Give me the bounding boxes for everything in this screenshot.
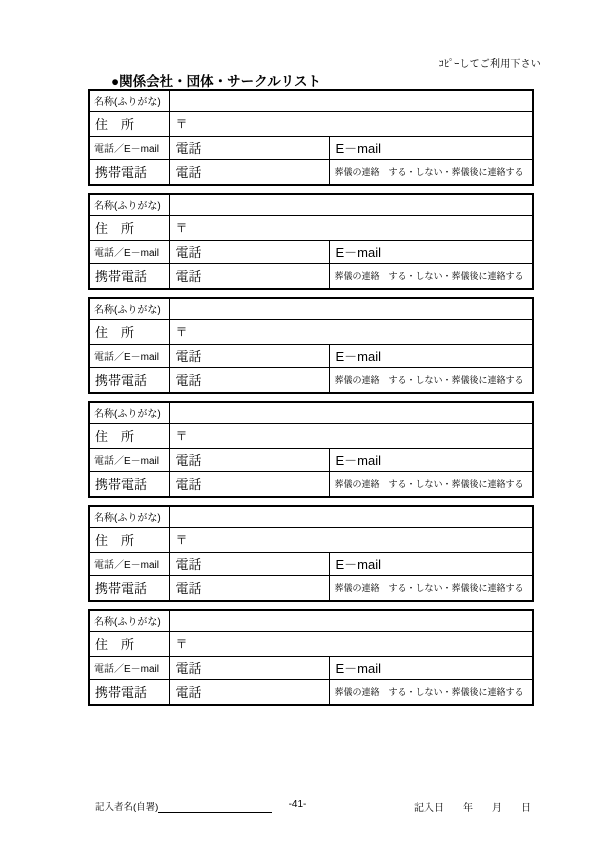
address-row: 住 所 〒: [89, 215, 533, 240]
mobile-input-cell: 電話: [169, 263, 329, 289]
mobile-label: 携帯電話: [89, 471, 169, 497]
address-input-cell: 〒: [169, 319, 533, 344]
name-label: 名称(ふりがな): [89, 194, 169, 215]
name-label: 名称(ふりがな): [89, 506, 169, 527]
email-label: E－mail: [336, 661, 382, 676]
address-row: 住 所 〒: [89, 111, 533, 136]
mobile-phone-label: 電話: [176, 165, 202, 180]
postal-mark: 〒: [176, 533, 188, 547]
phone-input-cell: 電話: [169, 552, 329, 575]
document-page: ｺﾋﾟｰしてご利用下さい ●関係会社・団体・サークルリスト 名称(ふりがな) 住…: [0, 0, 595, 842]
address-input-cell: 〒: [169, 215, 533, 240]
name-row: 名称(ふりがな): [89, 194, 533, 215]
address-label: 住 所: [89, 215, 169, 240]
phone-input-cell: 電話: [169, 240, 329, 263]
address-row: 住 所 〒: [89, 423, 533, 448]
email-input-cell: E－mail: [329, 656, 533, 679]
name-label: 名称(ふりがな): [89, 610, 169, 631]
name-label: 名称(ふりがな): [89, 90, 169, 111]
name-input-cell: [169, 298, 533, 319]
signer-label: 記入者名(自署): [95, 799, 158, 813]
address-row: 住 所 〒: [89, 631, 533, 656]
address-row: 住 所 〒: [89, 527, 533, 552]
contact-block: 名称(ふりがな) 住 所 〒 電話／E－mail 電話: [88, 193, 534, 290]
mobile-phone-label: 電話: [176, 685, 202, 700]
postal-mark: 〒: [176, 221, 188, 235]
signer-field: 記入者名(自署): [95, 799, 272, 813]
postal-mark: 〒: [176, 429, 188, 443]
address-label: 住 所: [89, 527, 169, 552]
phone-email-row: 電話／E－mail 電話 E－mail: [89, 448, 533, 471]
page-title: ●関係会社・団体・サークルリスト: [111, 70, 321, 90]
phone-email-row: 電話／E－mail 電話 E－mail: [89, 656, 533, 679]
funeral-contact-note: 葬儀の連絡 する・しない・葬儀後に連絡する: [329, 679, 533, 705]
address-label: 住 所: [89, 423, 169, 448]
mobile-phone-label: 電話: [176, 477, 202, 492]
mobile-label: 携帯電話: [89, 575, 169, 601]
address-label: 住 所: [89, 631, 169, 656]
name-row: 名称(ふりがな): [89, 298, 533, 319]
fill-date-label: 記入日: [414, 799, 444, 814]
phone-email-row: 電話／E－mail 電話 E－mail: [89, 136, 533, 159]
name-label: 名称(ふりがな): [89, 298, 169, 319]
contact-block: 名称(ふりがな) 住 所 〒 電話／E－mail 電話: [88, 505, 534, 602]
name-label: 名称(ふりがな): [89, 402, 169, 423]
funeral-contact-note: 葬儀の連絡 する・しない・葬儀後に連絡する: [329, 575, 533, 601]
contact-block-list: 名称(ふりがな) 住 所 〒 電話／E－mail 電話: [88, 89, 532, 706]
contact-block: 名称(ふりがな) 住 所 〒 電話／E－mail 電話: [88, 609, 534, 706]
address-label: 住 所: [89, 111, 169, 136]
phone-email-label: 電話／E－mail: [89, 136, 169, 159]
mobile-row: 携帯電話 電話 葬儀の連絡 する・しない・葬儀後に連絡する: [89, 471, 533, 497]
name-input-cell: [169, 194, 533, 215]
mobile-input-cell: 電話: [169, 575, 329, 601]
contact-block: 名称(ふりがな) 住 所 〒 電話／E－mail 電話: [88, 401, 534, 498]
phone-input-cell: 電話: [169, 656, 329, 679]
phone-email-row: 電話／E－mail 電話 E－mail: [89, 552, 533, 575]
funeral-contact-note: 葬儀の連絡 する・しない・葬儀後に連絡する: [329, 159, 533, 185]
contact-block: 名称(ふりがな) 住 所 〒 電話／E－mail 電話: [88, 89, 534, 186]
phone-label: 電話: [176, 245, 202, 260]
mobile-phone-label: 電話: [176, 269, 202, 284]
month-label: 月: [492, 799, 502, 814]
contact-block: 名称(ふりがな) 住 所 〒 電話／E－mail 電話: [88, 297, 534, 394]
phone-input-cell: 電話: [169, 344, 329, 367]
email-input-cell: E－mail: [329, 240, 533, 263]
email-label: E－mail: [336, 141, 382, 156]
phone-email-label: 電話／E－mail: [89, 448, 169, 471]
phone-email-label: 電話／E－mail: [89, 344, 169, 367]
name-row: 名称(ふりがな): [89, 402, 533, 423]
address-input-cell: 〒: [169, 111, 533, 136]
mobile-label: 携帯電話: [89, 263, 169, 289]
email-label: E－mail: [336, 245, 382, 260]
name-input-cell: [169, 402, 533, 423]
signature-line: [158, 803, 272, 813]
phone-email-label: 電話／E－mail: [89, 656, 169, 679]
copy-instruction-note: ｺﾋﾟｰしてご利用下さい: [439, 55, 541, 70]
email-label: E－mail: [336, 453, 382, 468]
page-number: -41-: [289, 799, 307, 810]
phone-label: 電話: [176, 453, 202, 468]
postal-mark: 〒: [176, 637, 188, 651]
email-input-cell: E－mail: [329, 344, 533, 367]
phone-label: 電話: [176, 349, 202, 364]
fill-date-field: 記入日 年 月 日: [414, 799, 531, 814]
mobile-label: 携帯電話: [89, 367, 169, 393]
name-input-cell: [169, 610, 533, 631]
phone-label: 電話: [176, 141, 202, 156]
year-label: 年: [463, 799, 473, 814]
email-input-cell: E－mail: [329, 448, 533, 471]
address-label: 住 所: [89, 319, 169, 344]
postal-mark: 〒: [176, 117, 188, 131]
address-input-cell: 〒: [169, 631, 533, 656]
funeral-contact-note: 葬儀の連絡 する・しない・葬儀後に連絡する: [329, 471, 533, 497]
mobile-row: 携帯電話 電話 葬儀の連絡 する・しない・葬儀後に連絡する: [89, 679, 533, 705]
mobile-input-cell: 電話: [169, 367, 329, 393]
address-input-cell: 〒: [169, 527, 533, 552]
email-input-cell: E－mail: [329, 136, 533, 159]
funeral-contact-note: 葬儀の連絡 する・しない・葬儀後に連絡する: [329, 367, 533, 393]
phone-input-cell: 電話: [169, 448, 329, 471]
name-input-cell: [169, 506, 533, 527]
address-row: 住 所 〒: [89, 319, 533, 344]
mobile-label: 携帯電話: [89, 679, 169, 705]
phone-email-row: 電話／E－mail 電話 E－mail: [89, 240, 533, 263]
phone-label: 電話: [176, 661, 202, 676]
funeral-contact-note: 葬儀の連絡 する・しない・葬儀後に連絡する: [329, 263, 533, 289]
mobile-label: 携帯電話: [89, 159, 169, 185]
phone-email-label: 電話／E－mail: [89, 552, 169, 575]
mobile-row: 携帯電話 電話 葬儀の連絡 する・しない・葬儀後に連絡する: [89, 367, 533, 393]
phone-email-label: 電話／E－mail: [89, 240, 169, 263]
name-row: 名称(ふりがな): [89, 506, 533, 527]
address-input-cell: 〒: [169, 423, 533, 448]
mobile-input-cell: 電話: [169, 679, 329, 705]
email-label: E－mail: [336, 557, 382, 572]
email-input-cell: E－mail: [329, 552, 533, 575]
name-row: 名称(ふりがな): [89, 610, 533, 631]
name-input-cell: [169, 90, 533, 111]
mobile-input-cell: 電話: [169, 159, 329, 185]
postal-mark: 〒: [176, 325, 188, 339]
phone-input-cell: 電話: [169, 136, 329, 159]
mobile-row: 携帯電話 電話 葬儀の連絡 する・しない・葬儀後に連絡する: [89, 159, 533, 185]
mobile-phone-label: 電話: [176, 373, 202, 388]
mobile-row: 携帯電話 電話 葬儀の連絡 する・しない・葬儀後に連絡する: [89, 263, 533, 289]
mobile-phone-label: 電話: [176, 581, 202, 596]
email-label: E－mail: [336, 349, 382, 364]
mobile-input-cell: 電話: [169, 471, 329, 497]
day-label: 日: [521, 799, 531, 814]
name-row: 名称(ふりがな): [89, 90, 533, 111]
phone-label: 電話: [176, 557, 202, 572]
phone-email-row: 電話／E－mail 電話 E－mail: [89, 344, 533, 367]
mobile-row: 携帯電話 電話 葬儀の連絡 する・しない・葬儀後に連絡する: [89, 575, 533, 601]
